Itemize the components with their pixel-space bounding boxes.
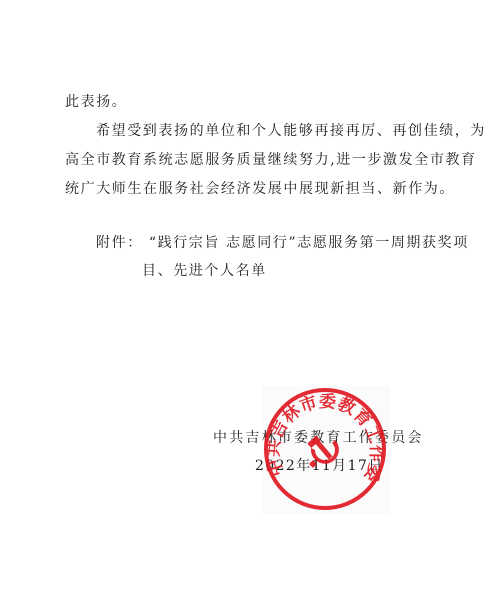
attachment-line-continued: 目、先进个人名单 bbox=[142, 262, 267, 280]
official-seal-stamp: 中共吉林市委教育工作委员会 bbox=[262, 386, 388, 512]
paragraph-line: 希望受到表扬的单位和个人能够再接再厉、再创佳绩，为 bbox=[96, 122, 486, 140]
paragraph-line: 此表扬。 bbox=[65, 93, 127, 111]
attachment-line: 附件： “践行宗旨 志愿同行”志愿服务第一周期获奖项 bbox=[96, 234, 469, 252]
paragraph-line: 高全市教育系统志愿服务质量继续努力,进一步激发全市教育 bbox=[65, 151, 477, 169]
svg-text:中共吉林市委教育工作委员会: 中共吉林市委教育工作委员会 bbox=[262, 386, 387, 485]
hammer-and-sickle-icon bbox=[307, 436, 339, 468]
paragraph-line: 统广大师生在服务社会经济发展中展现新担当、新作为。 bbox=[65, 180, 455, 198]
